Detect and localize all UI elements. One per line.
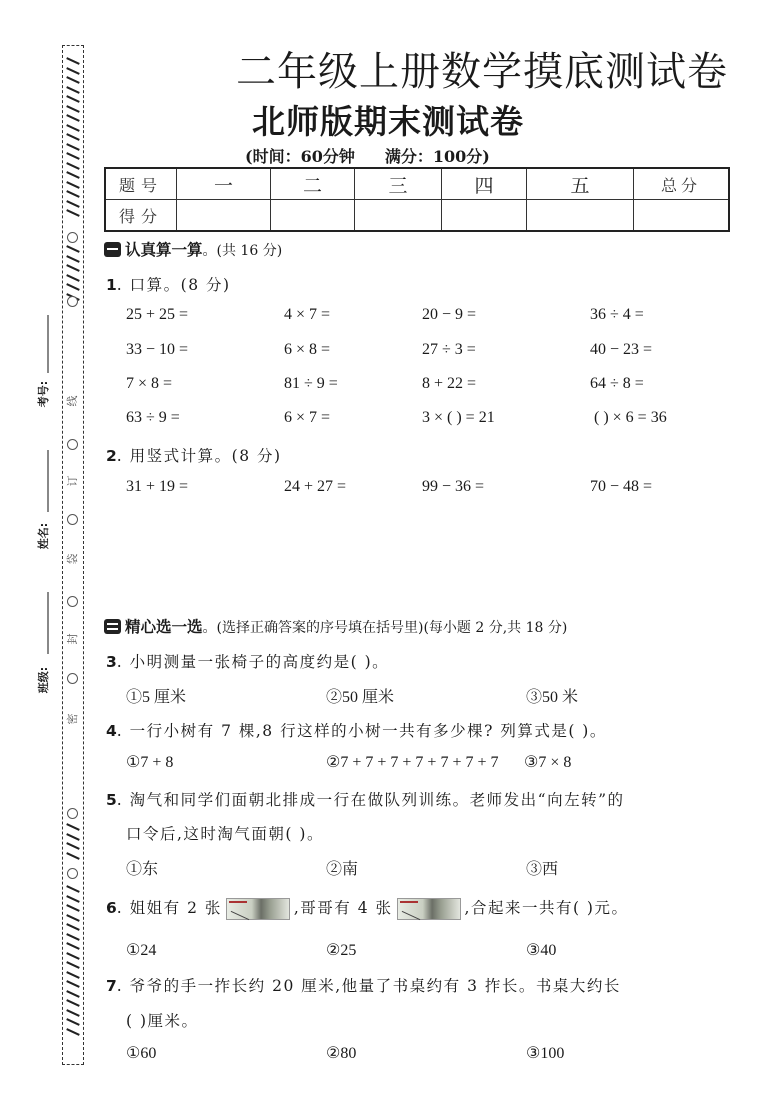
punch-hole-icon [67,673,78,684]
question-6: 6. 姐姐有 2 张,哥哥有 4 张,合起来一共有( )元。 [106,896,628,920]
option-1[interactable]: ①60 [126,1043,156,1063]
punch-hole-icon [67,514,78,525]
option-3[interactable]: ③7 × 8 [524,752,571,772]
question-7-continued: ( )厘米。 [126,1009,199,1031]
calc-item: 63 ÷ 9 = [126,409,180,427]
score-table: 题号 一 二 三 四 五 总分 得分 [104,167,730,232]
five-yuan-banknote-image [397,898,461,920]
score-cell[interactable] [177,200,271,232]
calc-row: 25 + 25 = 4 × 7 = 20 − 9 = 36 ÷ 4 = [0,306,780,328]
strip-char-zhuang: 袋 [66,552,80,566]
vertical-calc-row: 31 + 19 = 24 + 27 = 99 − 36 = 70 − 48 = [0,478,780,500]
score-cell[interactable] [527,200,634,232]
binding-strip: 线 订 袋 封 密 [62,45,84,1065]
section-two-icon [104,619,121,634]
calc-item: 25 + 25 = [126,306,188,324]
calc-item: 7 × 8 = [126,375,172,393]
section-note: 。(选择正确答案的序号填在括号里)(每小题 2 分,共 18 分) [203,620,568,636]
section-title: 精心选一选 [125,618,203,636]
question-number-label: 题号 [105,168,177,200]
column-header: 五 [527,168,634,200]
column-header: 二 [271,168,355,200]
option-3[interactable]: ③50 米 [526,684,578,707]
calc-item: 40 − 23 = [590,341,652,359]
option-2[interactable]: ②南 [326,856,358,879]
calc-item-fill-blank[interactable]: ( ) × 6 = 36 [594,409,667,427]
section-1-header: 认真算一算。(共 16 分) [104,238,282,260]
calc-item: 8 + 22 = [422,375,476,393]
ten-yuan-banknote-image [226,898,290,920]
section-one-icon [104,242,121,257]
hatch-pattern [66,826,80,864]
column-header: 四 [442,168,527,200]
calc-row: 63 ÷ 9 = 6 × 7 = 3 × ( ) = 21 ( ) × 6 = … [0,409,780,431]
punch-hole-icon [67,596,78,607]
calc-item: 99 − 36 = [422,478,484,496]
option-1[interactable]: ①5 厘米 [126,684,186,707]
calc-row: 7 × 8 = 81 ÷ 9 = 8 + 22 = 64 ÷ 8 = [0,375,780,397]
time-limit: (时间：60分钟 [245,147,355,166]
option-2[interactable]: ②25 [326,940,356,960]
exam-info: (时间：60分钟满分：100分) [245,144,490,167]
calc-item: 6 × 8 = [284,341,330,359]
punch-hole-icon [67,439,78,450]
section-2-header: 精心选一选。(选择正确答案的序号填在括号里)(每小题 2 分,共 18 分) [104,615,567,637]
option-3[interactable]: ③100 [526,1043,564,1063]
calc-item: 20 − 9 = [422,306,476,324]
hatch-pattern-top [66,60,80,222]
score-table-score-row: 得分 [105,200,729,232]
question-5-continued: 口令后,这时淘气面朝( )。 [126,822,324,844]
strip-char-feng: 封 [66,632,80,646]
score-cell[interactable] [355,200,442,232]
total-score-cell[interactable] [634,200,730,232]
option-2[interactable]: ②7 + 7 + 7 + 7 + 7 + 7 + 7 [326,752,498,772]
option-2[interactable]: ②80 [326,1043,356,1063]
calc-item: 36 ÷ 4 = [590,306,644,324]
column-header: 一 [177,168,271,200]
punch-hole-icon [67,232,78,243]
question-7: 7. 爷爷的手一拃长约 20 厘米,他量了书桌约有 3 拃长。书桌大约长 [106,974,621,996]
section-note: 。(共 16 分) [203,243,283,259]
question-1: 1. 口算。(8 分) [106,273,231,295]
hatch-pattern-bottom [66,888,80,1040]
full-score: 满分：100分) [385,147,490,166]
question-3: 3. 小明测量一张椅子的高度约是( )。 [106,650,389,672]
calc-item: 81 ÷ 9 = [284,375,338,393]
score-label: 得分 [105,200,177,232]
question-5: 5. 淘气和同学们面朝北排成一行在做队列训练。老师发出“向左转”的 [106,788,625,810]
score-table-header-row: 题号 一 二 三 四 五 总分 [105,168,729,200]
score-cell[interactable] [442,200,527,232]
total-header: 总分 [634,168,730,200]
option-1[interactable]: ①7 + 8 [126,752,173,772]
question-2: 2. 用竖式计算。(8 分) [106,444,282,466]
strip-char-mi: 密 [66,712,80,726]
option-3[interactable]: ③西 [526,856,558,879]
class-line[interactable] [47,592,49,654]
page-subtitle: 北师版期末测试卷 [252,96,524,143]
option-1[interactable]: ①东 [126,856,158,879]
question-4: 4. 一行小树有 7 棵,8 行这样的小树一共有多少棵? 列算式是( )。 [106,719,607,741]
calc-item: 31 + 19 = [126,478,188,496]
calc-item: 70 − 48 = [590,478,652,496]
calc-row: 33 − 10 = 6 × 8 = 27 ÷ 3 = 40 − 23 = [0,341,780,363]
punch-hole-icon [67,808,78,819]
option-1[interactable]: ①24 [126,940,156,960]
calc-item: 64 ÷ 8 = [590,375,644,393]
calc-item: 27 ÷ 3 = [422,341,476,359]
section-title: 认真算一算 [125,241,203,259]
score-cell[interactable] [271,200,355,232]
calc-item-fill-blank[interactable]: 3 × ( ) = 21 [422,409,495,427]
name-label: 姓名: [35,523,51,549]
calc-item: 6 × 7 = [284,409,330,427]
class-label: 班级: [35,667,51,693]
calc-item: 4 × 7 = [284,306,330,324]
calc-item: 24 + 27 = [284,478,346,496]
column-header: 三 [355,168,442,200]
punch-hole-icon [67,868,78,879]
option-3[interactable]: ③40 [526,940,556,960]
calc-item: 33 − 10 = [126,341,188,359]
page-title: 二年级上册数学摸底测试卷 [236,40,728,97]
option-2[interactable]: ②50 厘米 [326,684,394,707]
